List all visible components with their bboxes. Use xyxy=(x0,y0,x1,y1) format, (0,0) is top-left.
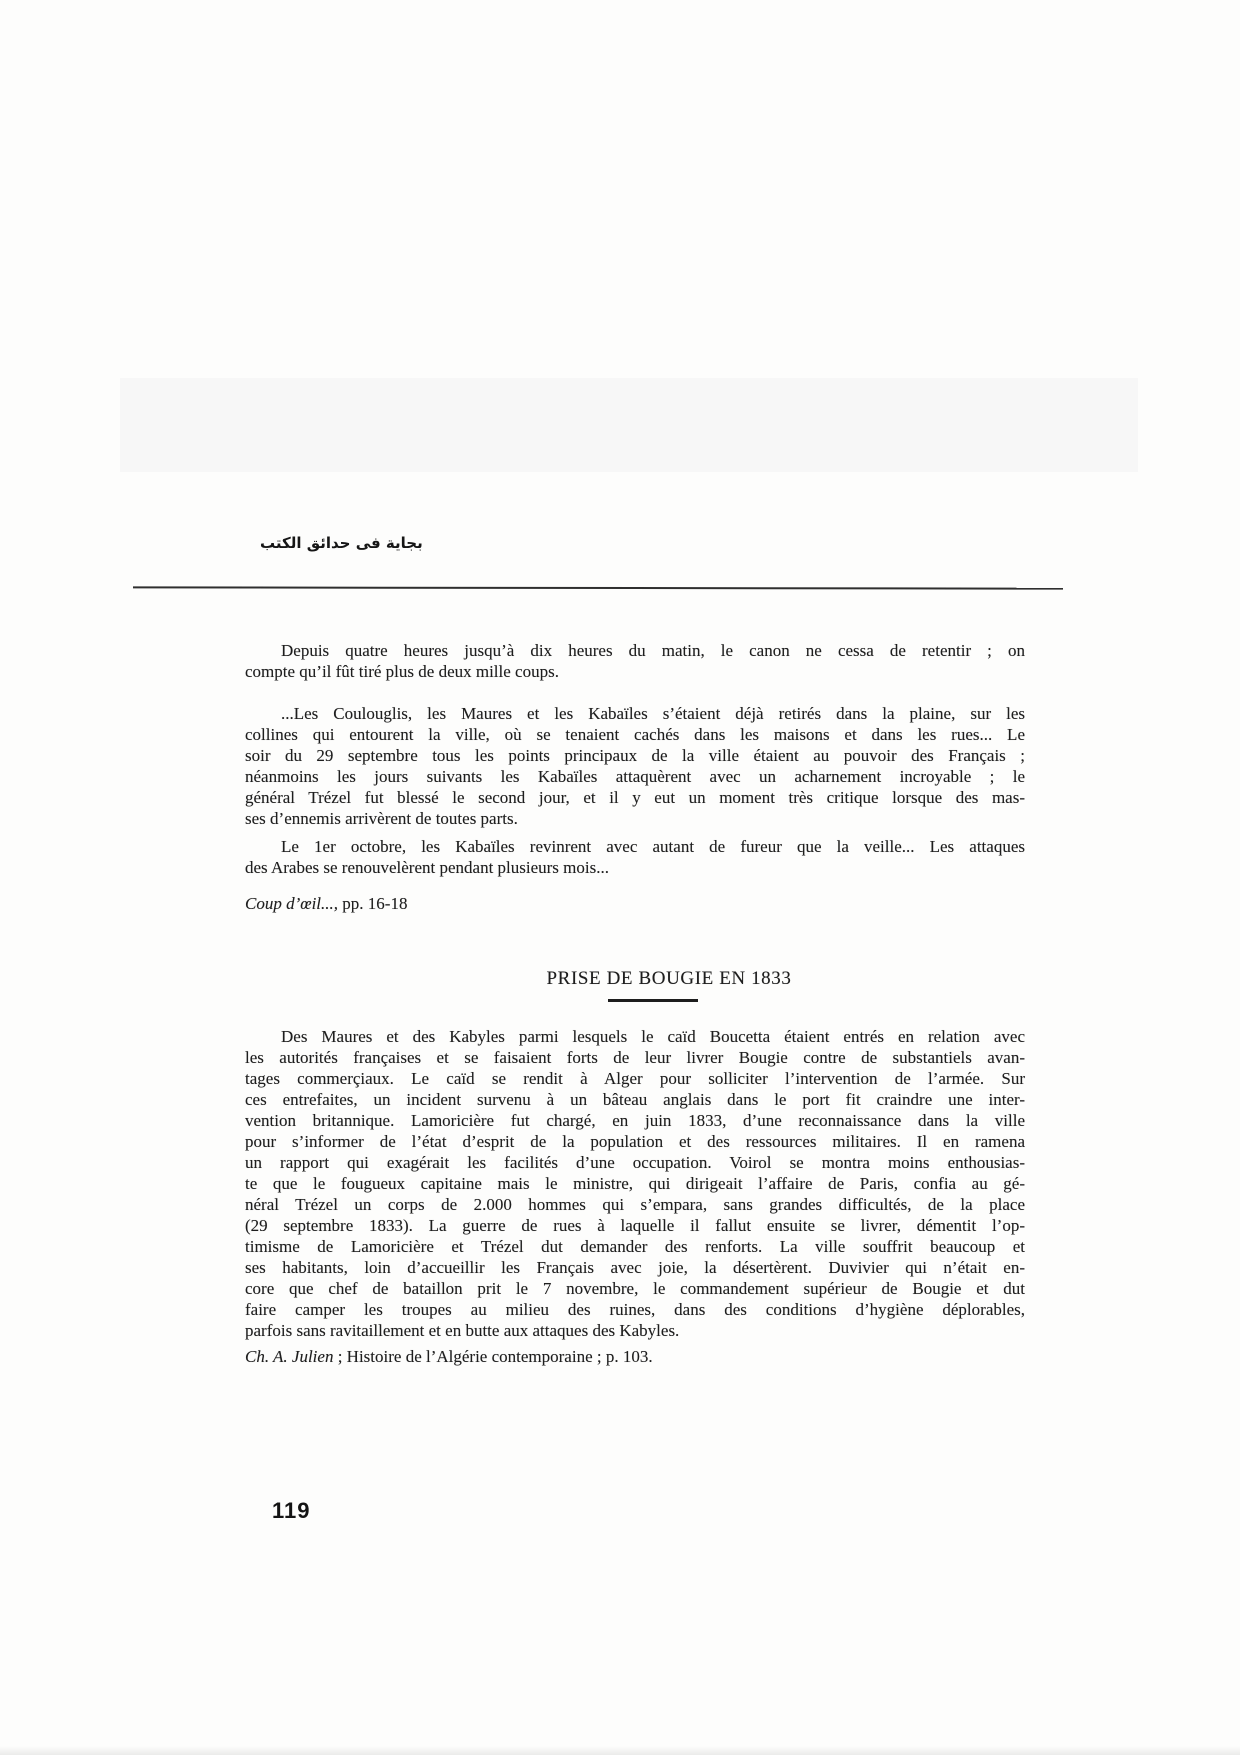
paragraph-line: Le 1er octobre, les Kabaïles revinrent a… xyxy=(245,836,1025,857)
paragraph-line: un rapport qui exagérait les facilités d… xyxy=(245,1152,1025,1173)
paragraph-line: pour s’informer de l’état d’esprit de la… xyxy=(245,1131,1025,1152)
section-title-underline xyxy=(608,999,698,1002)
paragraph-line: (29 septembre 1833). La guerre de rues à… xyxy=(245,1215,1025,1236)
header-rule xyxy=(133,586,1063,589)
citation-work: ; Histoire de l’Algérie contemporaine ; … xyxy=(333,1347,652,1366)
paragraph-line: néanmoins les jours suivants les Kabaïle… xyxy=(245,766,1025,787)
section-paragraph: Des Maures et des Kabyles parmi lesquels… xyxy=(245,1026,1025,1341)
paragraph-line: ...Les Coulouglis, les Maures et les Kab… xyxy=(245,703,1025,724)
citation-reference: Ch. A. Julien ; Histoire de l’Algérie co… xyxy=(245,1346,1025,1367)
paragraph-line: core que chef de bataillon prit le 7 nov… xyxy=(245,1278,1025,1299)
paragraph-line: collines qui entourent la ville, où se t… xyxy=(245,724,1025,745)
paragraph-line: Depuis quatre heures jusqu’à dix heures … xyxy=(245,640,1025,661)
section-title: PRISE DE BOUGIE EN 1833 xyxy=(245,968,1059,989)
paragraph-line: timisme de Lamoricière et Trézel dut dem… xyxy=(245,1236,1025,1257)
paragraph-line: ses d’ennemis arrivèrent de toutes parts… xyxy=(245,808,1025,829)
paragraph-line: soir du 29 septembre tous les points pri… xyxy=(245,745,1025,766)
paragraph-line: tages commerçiaux. Le caïd se rendit à A… xyxy=(245,1068,1025,1089)
paragraph-line: Des Maures et des Kabyles parmi lesquels… xyxy=(245,1026,1025,1047)
citation-author: Ch. A. Julien xyxy=(245,1347,333,1366)
source-pages: pp. 16-18 xyxy=(338,894,407,913)
arabic-running-head: بجاية فى حدائق الكتب xyxy=(260,534,423,552)
paragraph-line: vention britannique. Lamoricière fut cha… xyxy=(245,1110,1025,1131)
paragraph-line: des Arabes se renouvelèrent pendant plus… xyxy=(245,857,1025,878)
source-title: Coup d’œil..., xyxy=(245,894,338,913)
paragraph-line: compte qu’il fût tiré plus de deux mille… xyxy=(245,661,1025,682)
scan-shadow-region xyxy=(120,378,1138,472)
excerpt-paragraph-1: Depuis quatre heures jusqu’à dix heures … xyxy=(245,640,1025,682)
paragraph-line: les autorités françaises et se faisaient… xyxy=(245,1047,1025,1068)
paragraph-line: faire camper les troupes au milieu des r… xyxy=(245,1299,1025,1320)
page-number: 119 xyxy=(272,1498,311,1524)
paragraph-line: néral Trézel un corps de 2.000 hommes qu… xyxy=(245,1194,1025,1215)
paragraph-line: te que le fougueux capitaine mais le min… xyxy=(245,1173,1025,1194)
scanned-book-page: بجاية فى حدائق الكتب Depuis quatre heure… xyxy=(0,0,1240,1755)
paragraph-line: ces entrefaites, un incident survenu à u… xyxy=(245,1089,1025,1110)
excerpt-paragraph-2: ...Les Coulouglis, les Maures et les Kab… xyxy=(245,703,1025,829)
excerpt-paragraph-3: Le 1er octobre, les Kabaïles revinrent a… xyxy=(245,836,1025,878)
scan-bottom-edge xyxy=(0,1746,1240,1755)
paragraph-line: ses habitants, loin d’accueillir les Fra… xyxy=(245,1257,1025,1278)
paragraph-line: parfois sans ravitaillement et en butte … xyxy=(245,1320,1025,1341)
source-reference: Coup d’œil..., pp. 16-18 xyxy=(245,893,1025,914)
paragraph-line: général Trézel fut blessé le second jour… xyxy=(245,787,1025,808)
